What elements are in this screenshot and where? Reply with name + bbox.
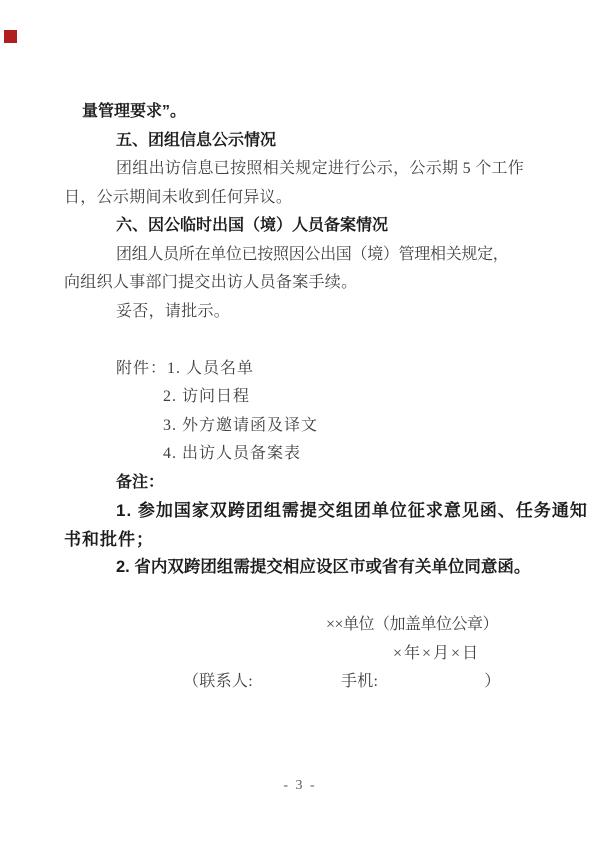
contact-close-paren: ） xyxy=(484,673,500,690)
paragraph-continuation-bold: 量管理要求”。 xyxy=(82,97,186,126)
document-page: 量管理要求”。 五、团组信息公示情况 团组出访信息已按照相关规定进行公示，公示期… xyxy=(0,0,600,849)
section-heading-6: 六、因公临时出国（境）人员备案情况 xyxy=(116,211,388,240)
notes-label: 备注： xyxy=(116,468,164,497)
contact-person-label: （联系人: xyxy=(183,673,253,690)
attachment-item-2: 2. 访问日程 xyxy=(163,382,250,411)
paragraph-filing-line1: 团组人员所在单位已按照因公出国（境）管理相关规定， xyxy=(116,240,509,269)
attachment-item-1: 附件：1. 人员名单 xyxy=(116,354,254,383)
attachment-item-3: 3. 外方邀请函及译文 xyxy=(163,411,318,440)
paragraph-publicity-line1: 团组出访信息已按照相关规定进行公示，公示期 5 个工作 xyxy=(116,154,524,183)
section-heading-5: 五、团组信息公示情况 xyxy=(116,126,276,155)
note-item-1-line1: 1. 参加国家双跨团组需提交组团单位征求意见函、任务通知 xyxy=(116,496,588,525)
paragraph-filing-line2: 向组织人事部门提交出访人员备案手续。 xyxy=(64,268,357,297)
contact-line: （联系人:手机:） xyxy=(183,667,501,696)
contact-phone-label: 手机: xyxy=(341,673,378,690)
red-corner-marker xyxy=(4,30,17,43)
signature-unit-line: ××单位（加盖单位公章） xyxy=(326,610,498,639)
note-item-1-line2: 书和批件； xyxy=(64,525,154,554)
paragraph-approval-request: 妥否，请批示。 xyxy=(116,297,230,326)
signature-date-line: ×年×月×日 xyxy=(393,639,480,668)
paragraph-publicity-line2: 日，公示期间未收到任何异议。 xyxy=(64,183,292,212)
page-number: - 3 - xyxy=(0,778,600,794)
attachment-item-4: 4. 出访人员备案表 xyxy=(163,439,301,468)
note-item-2: 2. 省内双跨团组需提交相应设区市或省有关单位同意函。 xyxy=(116,553,530,582)
